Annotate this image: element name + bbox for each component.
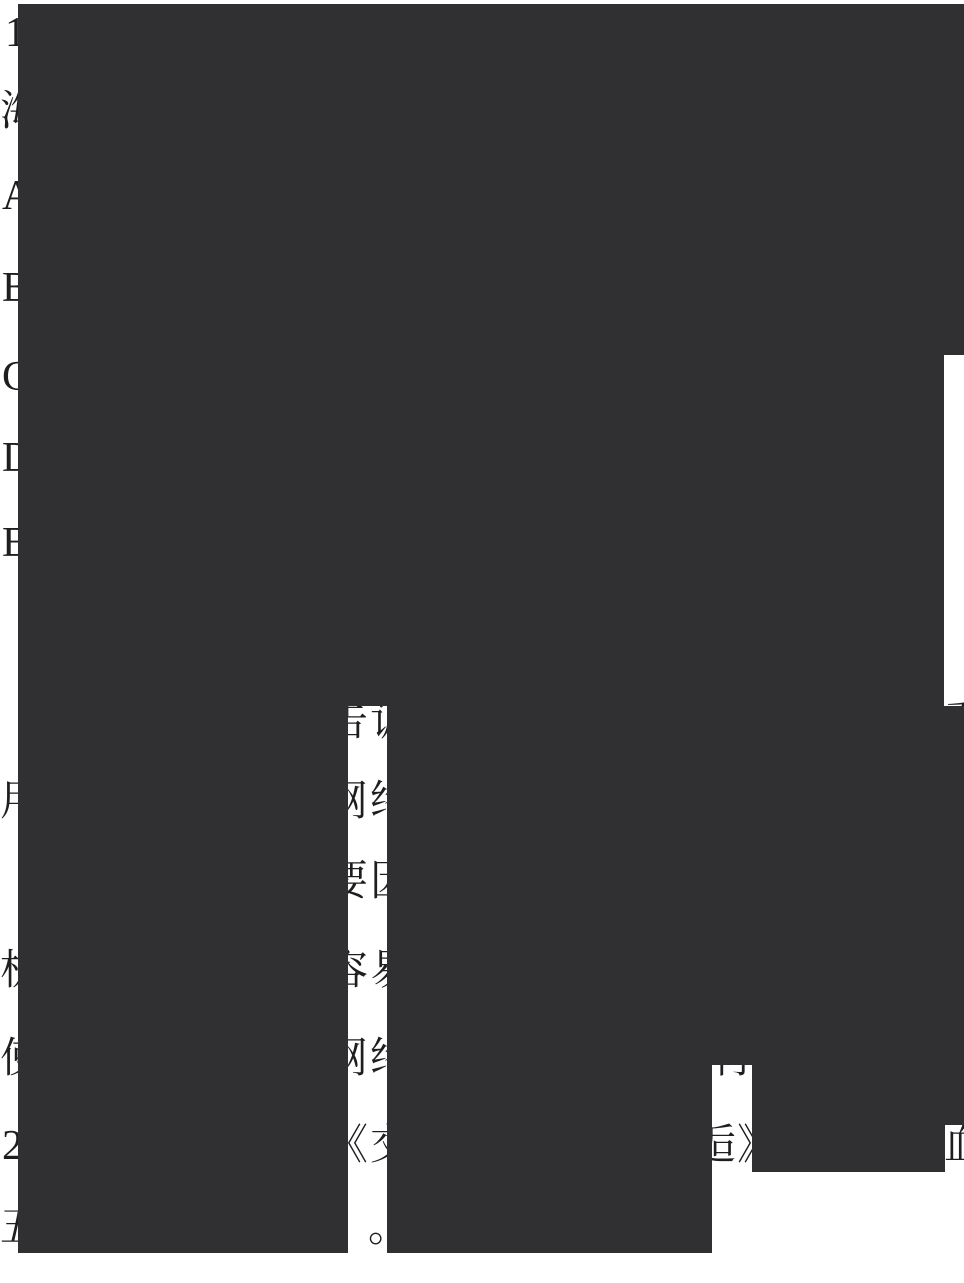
redaction-bottom-left [18, 706, 348, 1253]
redaction-top [18, 4, 964, 355]
line-13-question-number-fragment: 血 [944, 1124, 964, 1168]
redaction-bottom-right [752, 706, 964, 1125]
redaction-middle [18, 355, 944, 706]
redaction-right-notch [752, 1125, 945, 1172]
exam-page: 1海ABCDE告诉看用网络要因机容易使网络行2《交逅》血五）。 [0, 0, 964, 1283]
redaction-gap-filler [712, 706, 752, 1065]
redaction-bottom-center [387, 706, 712, 1253]
